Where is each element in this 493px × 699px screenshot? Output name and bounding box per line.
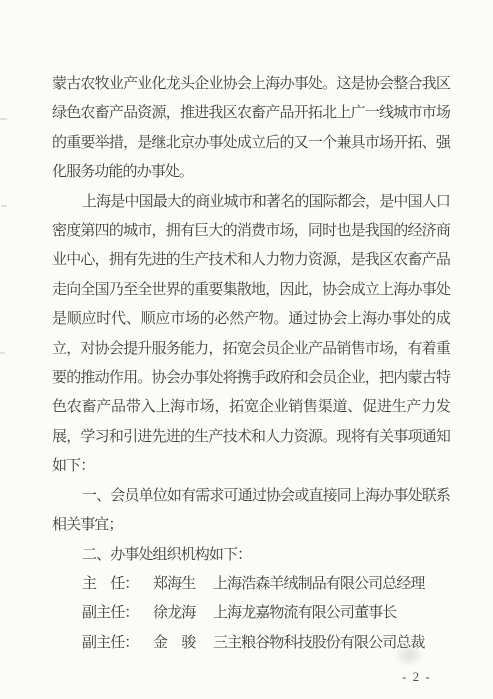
roster-person-name: 徐龙海 [153, 599, 213, 628]
roster-row-deputy-2: 副主任： 金 骏 三主粮谷物科技股份有限公司总裁 [52, 629, 450, 658]
scan-speck [0, 352, 5, 354]
scanned-document-page: 蒙古农牧业产业化龙头企业协会上海办事处。这是协会整合我区绿色农畜产品资源，推进我… [0, 0, 493, 699]
body-paragraph: 上海是中国最大的商业城市和著名的国际都会，是中国人口密度第四的城市，拥有巨大的消… [52, 188, 450, 482]
page-number: - 2 - [402, 669, 431, 685]
roster-role-label: 主 任： [82, 570, 153, 599]
roster-person-name: 金 骏 [153, 629, 213, 658]
roster-role-label: 副主任： [82, 629, 153, 658]
scan-smudge [394, 643, 424, 667]
roster-row-director: 主 任： 郑海生 上海浩森羊绒制品有限公司总经理 [52, 570, 450, 599]
body-paragraph-continuation: 蒙古农牧业产业化龙头企业协会上海办事处。这是协会整合我区绿色农畜产品资源，推进我… [52, 70, 450, 188]
roster-person-name: 郑海生 [153, 570, 213, 599]
document-body: 蒙古农牧业产业化龙头企业协会上海办事处。这是协会整合我区绿色农畜产品资源，推进我… [52, 70, 450, 658]
scan-speck [1, 205, 7, 207]
roster-person-title: 上海龙嘉物流有限公司董事长 [213, 599, 450, 628]
scan-speck [0, 118, 7, 120]
roster-person-title: 上海浩森羊绒制品有限公司总经理 [213, 570, 450, 599]
body-list-item-1: 一、会员单位如有需求可通过协会或直接同上海办事处联系相关事宜； [52, 482, 450, 541]
roster-row-deputy-1: 副主任： 徐龙海 上海龙嘉物流有限公司董事长 [52, 599, 450, 628]
roster-role-label: 副主任： [82, 599, 153, 628]
body-list-item-2: 二、办事处组织机构如下： [52, 541, 450, 570]
